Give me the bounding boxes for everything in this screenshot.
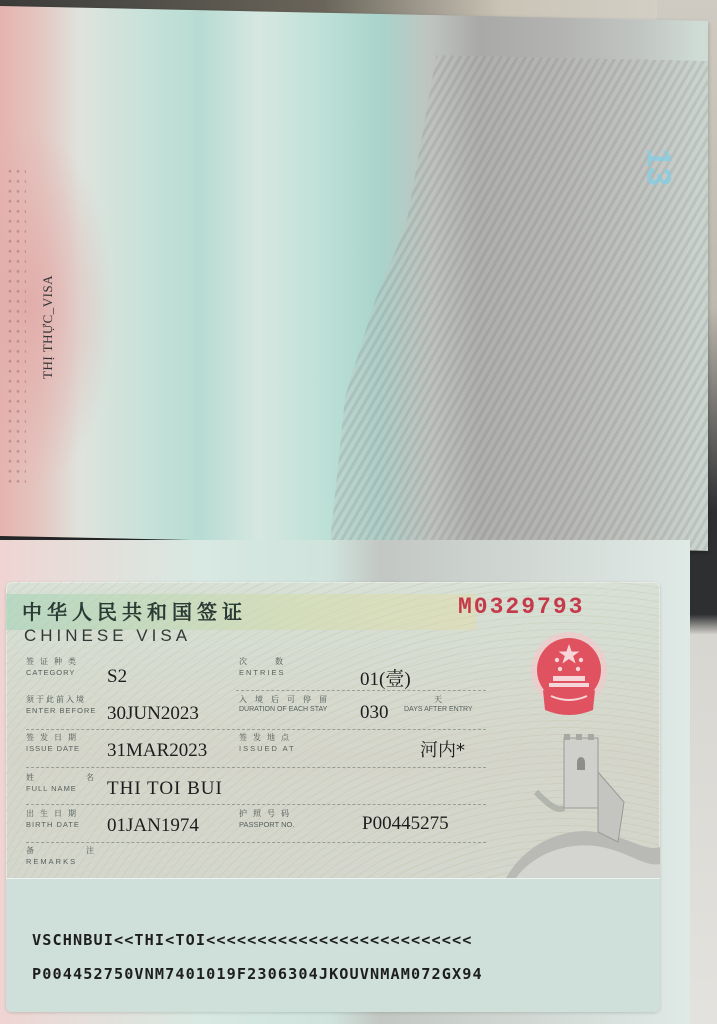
enter-before-value: 30JUN2023 — [107, 703, 199, 725]
birth-date-label: 出生日期 Birth Date — [26, 808, 82, 829]
page-side-label: THỊ THỰC_VISA — [40, 275, 56, 379]
passport-no-value: P00445275 — [362, 813, 449, 835]
visa-number: M0329793 — [458, 594, 584, 620]
page-number: 13 — [639, 137, 678, 198]
remarks-label: 备注 Remarks — [26, 845, 146, 866]
machine-readable-zone: VSCHNBUI<<THI<TOI<<<<<<<<<<<<<<<<<<<<<<<… — [6, 878, 660, 1012]
great-wall-illustration — [506, 732, 660, 878]
national-emblem-icon — [527, 630, 611, 724]
divider — [26, 767, 486, 768]
visa-title-english: CHINESE VISA — [24, 626, 191, 646]
entries-value: 01(壹) — [360, 664, 411, 691]
full-name-value: THI TOI BUI — [107, 778, 223, 800]
duration-value: 030 — [360, 702, 389, 724]
visa-title-chinese: 中华人民共和国签证 — [22, 596, 247, 625]
visa-sticker: 中华人民共和国签证 CHINESE VISA M0329793 签证种类 Cat… — [6, 582, 660, 1012]
category-value: S2 — [107, 666, 127, 688]
passport-no-label: 护照号码 Passport No. — [239, 808, 295, 829]
divider — [236, 690, 486, 691]
mrz-line-1: VSCHNBUI<<THI<TOI<<<<<<<<<<<<<<<<<<<<<<<… — [32, 931, 472, 949]
issue-date-label: 签发日期 Issue Date — [26, 732, 82, 753]
entries-label: 次数 Entries — [239, 656, 311, 677]
issued-at-label: 签发地点 Issued At — [239, 732, 296, 753]
divider — [26, 729, 486, 730]
birth-date-value: 01JAN1974 — [107, 815, 199, 837]
mrz-line-2: P004452750VNM7401019F2306304JKOUVNMAM072… — [32, 965, 483, 983]
perforation-dots — [6, 166, 26, 486]
landscape-illustration — [330, 53, 708, 551]
divider — [26, 842, 486, 843]
issue-date-value: 31MAR2023 — [107, 740, 207, 762]
category-label: 签证种类 Category — [26, 656, 82, 677]
enter-before-label: 须于此前入境 Enter Before — [26, 694, 96, 715]
duration-label: 入境后可停留 Duration of Each Stay — [239, 694, 335, 713]
passport-page-upper: THỊ THỰC_VISA 13 — [0, 6, 708, 551]
duration-unit: 天 Days After Entry — [404, 694, 473, 713]
issued-at-value: 河内* — [420, 736, 465, 762]
divider — [26, 804, 486, 805]
